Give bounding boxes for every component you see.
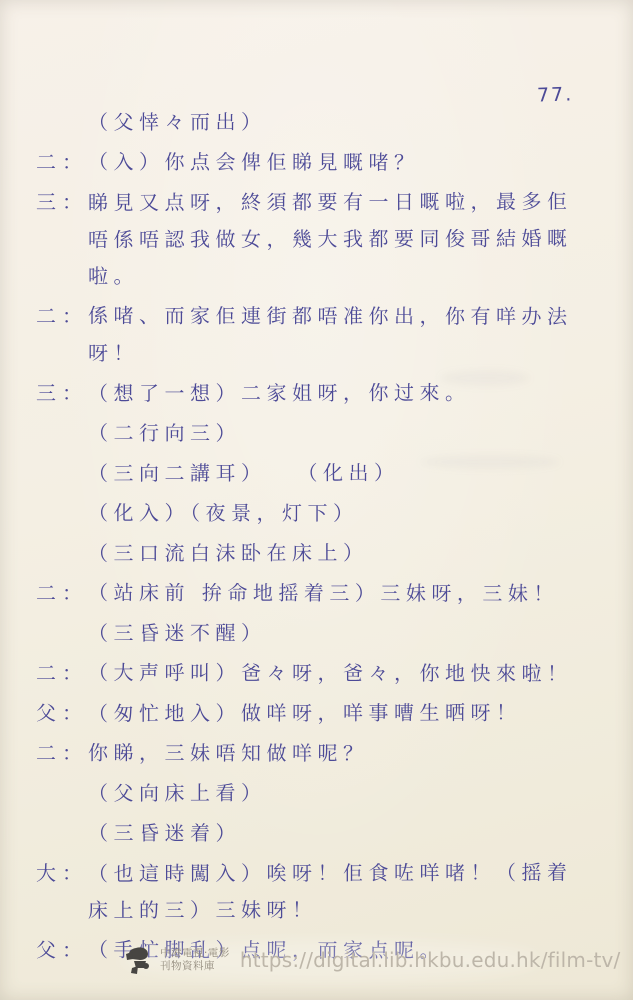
film-camera-logo-icon [122, 944, 154, 976]
stage-direction: （父向床上看） [36, 775, 621, 812]
dialogue: 三：（想了一想）二家姐呀，你过來。 [36, 375, 621, 412]
line-text: （三昏迷不醒） [88, 615, 267, 652]
speaker-label [36, 892, 88, 929]
dialogue: 二：你睇，三妹唔知做咩呢？ [36, 735, 621, 772]
stage-direction: （三昏迷不醒） [36, 615, 621, 652]
speaker-label [36, 455, 88, 492]
speaker-label [36, 535, 88, 572]
line-text: （父悻々而出） [88, 104, 267, 141]
line-text: （父向床上看） [88, 775, 267, 812]
speaker-label [36, 775, 88, 812]
line-text: （化入）（夜景，灯下） [88, 495, 359, 533]
dialogue: 二：（站床前 拚命地摇着三）三妹呀，三妹！ [36, 575, 621, 612]
script-text-block: （父悻々而出） 二：（入）你点会俾佢睇見嘅啫？ 三：睇見又点呀，終須都要有一日嘅… [36, 104, 621, 972]
speaker-label: 父： [36, 695, 88, 732]
speaker-label: 二： [36, 298, 88, 335]
speaker-label: 父： [36, 932, 88, 969]
speaker-label [36, 615, 88, 652]
dialogue: 父：（匆忙地入）做咩呀，咩事嘈生晒呀！ [36, 695, 621, 732]
dialogue: 二：（入）你点会俾佢睇見嘅啫？ [36, 144, 621, 181]
line-text: （三口流白沫卧在床上） [88, 535, 369, 573]
library-name: 中港電視·電影 刊物資料庫 [160, 947, 230, 973]
speaker-label [36, 415, 88, 452]
speaker-label [36, 815, 88, 852]
speaker-label: 三： [36, 184, 88, 221]
speaker-label: 三： [36, 375, 88, 412]
scanned-document-page: 77. （父悻々而出） 二：（入）你点会俾佢睇見嘅啫？ 三：睇見又点呀，終須都要… [0, 0, 633, 1000]
speaker-label: 二： [36, 735, 88, 772]
line-text: （大声呼叫）爸々呀，爸々，你地快來啦！ [88, 654, 573, 692]
line-text: 床上的三）三妹呀！ [88, 892, 318, 930]
library-watermark: 中港電視·電影 刊物資料庫 https://digital.lib.hkbu.e… [122, 944, 621, 976]
dialogue: 二：（大声呼叫）爸々呀，爸々，你地快來啦！ [36, 655, 621, 692]
line-text: （也這時闖入）唉呀！佢食咗咩啫！（摇着 [88, 854, 573, 892]
line-text: （想了一想）二家姐呀，你过來。 [88, 374, 471, 412]
line-text: （匆忙地入）做咩呀，咩事嘈生晒呀！ [88, 694, 522, 732]
line-text: 呀！ [88, 335, 139, 372]
library-name-line2: 刊物資料庫 [160, 960, 230, 973]
line-text: 你睇，三妹唔知做咩呢？ [88, 735, 369, 773]
dialogue: 三：睇見又点呀，終須都要有一日嘅啦，最多佢 唔係唔認我做女，幾大我都要同俊哥結婚… [36, 184, 621, 295]
line-text: （站床前 拚命地摇着三）三妹呀，三妹！ [88, 575, 559, 613]
speaker-label [36, 258, 88, 295]
library-name-line1: 中港電視·電影 [160, 947, 230, 960]
stage-direction: （父悻々而出） [36, 104, 621, 141]
line-text: （三向二講耳） （化出） [88, 455, 400, 493]
speaker-label: 二： [36, 575, 88, 612]
stage-direction: （化入）（夜景，灯下） [36, 495, 621, 532]
speaker-label [36, 221, 88, 258]
stage-direction: （二行向三） [36, 415, 621, 452]
dialogue: 大：（也這時闖入）唉呀！佢食咗咩啫！（摇着 床上的三）三妹呀！ [36, 855, 621, 929]
line-text: （二行向三） [88, 415, 241, 452]
watermark-url: https://digital.lib.hkbu.edu.hk/film-tv/ [240, 948, 621, 972]
stage-direction: （三向二講耳） （化出） [36, 455, 621, 492]
line-text: 唔係唔認我做女，幾大我都要同俊哥結婚嘅 [88, 220, 573, 258]
line-text: 啦。 [88, 258, 139, 295]
speaker-label [36, 104, 88, 141]
stage-direction: （三昏迷着） [36, 815, 621, 852]
speaker-label [36, 495, 88, 532]
line-text: 睇見又点呀，終須都要有一日嘅啦，最多佢 [88, 183, 573, 221]
stage-direction: （三口流白沫卧在床上） [36, 535, 621, 572]
line-text: （入）你点会俾佢睇見嘅啫？ [88, 144, 420, 182]
line-text: （三昏迷着） [88, 815, 241, 852]
speaker-label: 二： [36, 144, 88, 181]
speaker-label: 大： [36, 855, 88, 892]
line-text: 係啫、而家佢連街都唔准你出，你有咩办法 [88, 297, 573, 335]
speaker-label: 二： [36, 655, 88, 692]
dialogue: 二：係啫、而家佢連街都唔准你出，你有咩办法 呀！ [36, 298, 621, 372]
speaker-label [36, 335, 88, 372]
